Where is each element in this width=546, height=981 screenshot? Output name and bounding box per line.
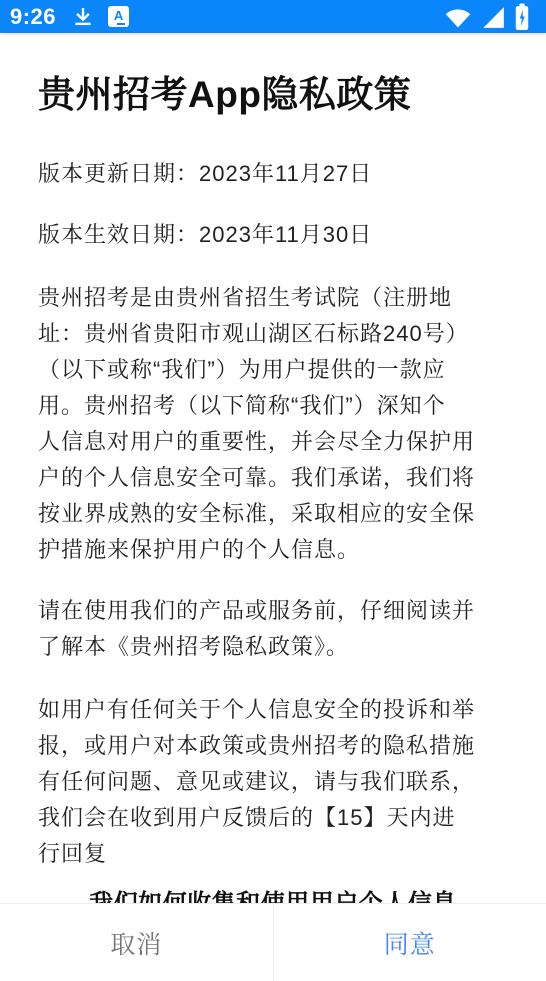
policy-paragraph-contact: 如用户有任何关于个人信息安全的投诉和举 报，或用户对本政策或贵州招考的隐私措施 … bbox=[38, 692, 508, 872]
paragraph-line: （以下或称“我们”）为用户提供的一款应 bbox=[38, 352, 508, 388]
paragraph-line: 户的个人信息安全可靠。我们承诺，我们将 bbox=[38, 460, 508, 496]
download-icon bbox=[72, 6, 94, 28]
policy-paragraph-intro: 贵州招考是由贵州省招生考试院（注册地 址：贵州省贵阳市观山湖区石标路240号） … bbox=[38, 280, 508, 568]
paragraph-line: 行回复 bbox=[38, 836, 508, 872]
status-bar: 9:26 A bbox=[0, 0, 546, 33]
page-title: 贵州招考App隐私政策 bbox=[38, 72, 508, 118]
status-bar-right-icons bbox=[436, 3, 530, 31]
wifi-icon bbox=[444, 5, 472, 29]
a-badge-underline bbox=[117, 23, 125, 25]
paragraph-line: 人信息对用户的重要性，并会尽全力保护用 bbox=[38, 424, 508, 460]
cancel-button[interactable]: 取消 bbox=[0, 904, 273, 981]
paragraph-line: 护措施来保护用户的个人信息。 bbox=[38, 532, 508, 568]
paragraph-line: 址：贵州省贵阳市观山湖区石标路240号） bbox=[38, 316, 508, 352]
a-badge-letter: A bbox=[114, 9, 123, 22]
status-bar-clock: 9:26 bbox=[10, 4, 56, 30]
paragraph-line: 按业界成熟的安全标准，采取相应的安全保 bbox=[38, 496, 508, 532]
agree-button[interactable]: 同意 bbox=[273, 904, 546, 981]
dialog-action-bar: 取消 同意 bbox=[0, 903, 546, 981]
version-effective-date: 版本生效日期：2023年11月30日 bbox=[38, 217, 508, 253]
paragraph-line: 用。贵州招考（以下简称“我们”）深知个 bbox=[38, 388, 508, 424]
version-update-date: 版本更新日期：2023年11月27日 bbox=[38, 156, 508, 192]
paragraph-line: 请在使用我们的产品或服务前，仔细阅读并 bbox=[38, 593, 508, 629]
policy-paragraph-read-notice: 请在使用我们的产品或服务前，仔细阅读并 了解本《贵州招考隐私政策》。 bbox=[38, 593, 508, 665]
paragraph-line: 有任何问题、意见或建议，请与我们联系， bbox=[38, 764, 508, 800]
cellular-signal-icon bbox=[480, 5, 506, 29]
paragraph-line: 如用户有任何关于个人信息安全的投诉和举 bbox=[38, 692, 508, 728]
paragraph-line: 我们会在收到用户反馈后的【15】天内进 bbox=[38, 800, 508, 836]
a-badge-icon: A bbox=[108, 6, 129, 27]
paragraph-line: 报，或用户对本政策或贵州招考的隐私措施 bbox=[38, 728, 508, 764]
paragraph-line: 贵州招考是由贵州省招生考试院（注册地 bbox=[38, 280, 508, 316]
paragraph-line: 了解本《贵州招考隐私政策》。 bbox=[38, 629, 508, 665]
policy-scroll-area[interactable]: 贵州招考App隐私政策 版本更新日期：2023年11月27日 版本生效日期：20… bbox=[0, 72, 546, 922]
battery-charging-icon bbox=[514, 3, 530, 31]
